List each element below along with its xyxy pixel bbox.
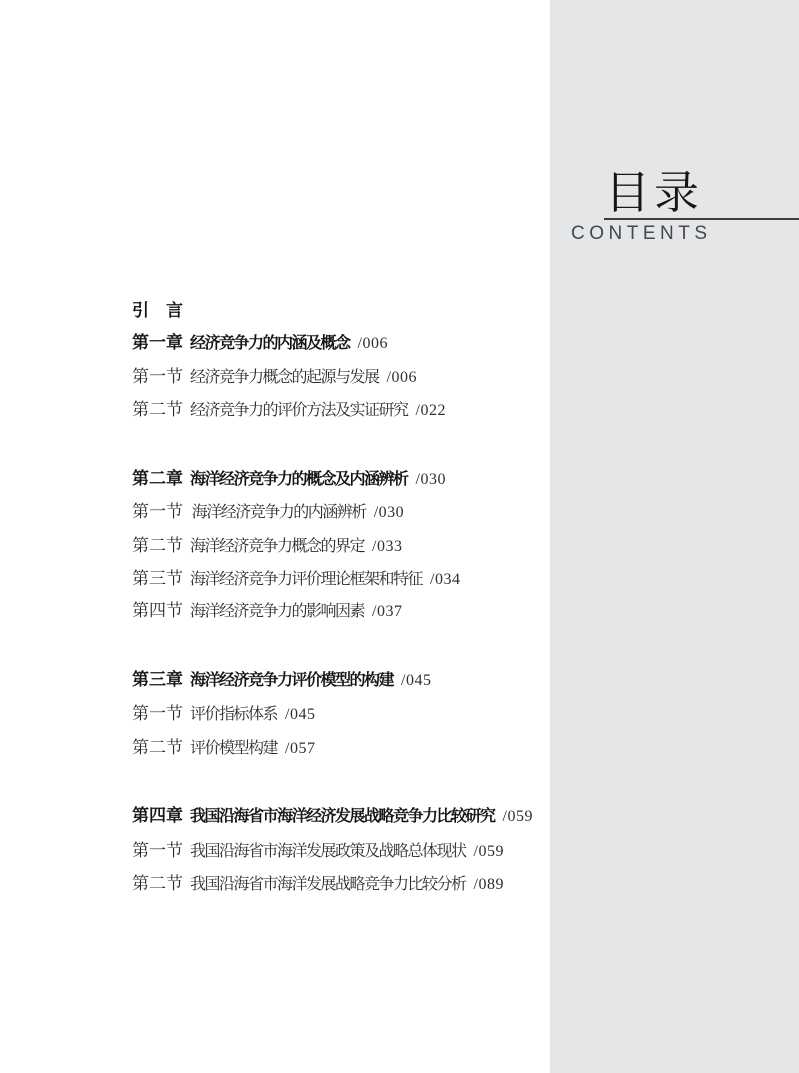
toc-entry-label: 第二节 (132, 739, 183, 758)
toc-entry-page: /045 (401, 672, 431, 690)
toc-entry-label: 第二节 (132, 401, 183, 420)
toc-entry: 第一节评价指标体系/045 (132, 705, 315, 724)
toc-entry-title: 我国沿海省市海洋发展政策及战略总体现状 (190, 843, 466, 861)
toc-entry: 第三节海洋经济竞争力评价理论框架和特征/034 (132, 570, 460, 589)
toc-entry-page: /006 (358, 335, 388, 353)
page-subtitle: CONTENTS (571, 224, 712, 245)
toc-entry: 引 言 (132, 302, 198, 321)
toc-entry-title: 海洋经济竞争力的概念及内涵辨析 (190, 471, 408, 489)
toc-entry-label: 第三节 (132, 570, 183, 589)
title-underline (604, 218, 799, 220)
toc-entry-page: /037 (372, 603, 402, 621)
toc-entry-title: 海洋经济竞争力的影响因素 (190, 603, 364, 621)
toc-entry: 第二节我国沿海省市海洋发展战略竞争力比较分析/089 (132, 875, 504, 894)
toc-entry-title: 海洋经济竞争力的内涵辨析 (190, 504, 366, 522)
toc-entry-label: 第二节 (132, 537, 183, 556)
toc-entry-page: /030 (416, 471, 446, 489)
toc-entry: 第一节 海洋经济竞争力的内涵辨析/030 (132, 503, 404, 522)
toc-entry-title: 海洋经济竞争力评价理论框架和特征 (190, 571, 422, 589)
toc-entry-title: 经济竞争力的评价方法及实证研究 (190, 402, 408, 420)
toc-entry-page: /033 (372, 538, 402, 556)
toc-entry-title: 评价模型构建 (190, 740, 277, 758)
toc-entry-title: 我国沿海省市海洋经济发展战略竞争力比较研究 (190, 808, 495, 826)
toc-entry: 第一章经济竞争力的内涵及概念/006 (132, 334, 388, 353)
toc-entry-title: 评价指标体系 (190, 706, 277, 724)
toc-page: 目录 CONTENTS 引 言 第一章经济竞争力的内涵及概念/006 第一节经济… (0, 0, 799, 1073)
toc-entry: 第三章海洋经济竞争力评价模型的构建/045 (132, 671, 431, 690)
toc-entry-title: 经济竞争力的内涵及概念 (190, 335, 350, 353)
toc-entry-page: /059 (474, 843, 504, 861)
toc-entry-page: /034 (430, 571, 460, 589)
toc-entry-label: 第四节 (132, 602, 183, 621)
toc-entry: 第四章我国沿海省市海洋经济发展战略竞争力比较研究/059 (132, 807, 533, 826)
toc-entry-page: /057 (285, 740, 315, 758)
page-title: 目录 (605, 171, 703, 216)
toc-entry-title: 海洋经济竞争力概念的界定 (190, 538, 364, 556)
toc-entry-label: 引 言 (132, 302, 183, 321)
toc-entry: 第二节经济竞争力的评价方法及实证研究/022 (132, 401, 446, 420)
toc-entry-label: 第二章 (132, 470, 183, 489)
toc-entry-label: 第一节 (132, 705, 183, 724)
toc-entry: 第四节海洋经济竞争力的影响因素/037 (132, 602, 402, 621)
toc-entry: 第二节评价模型构建/057 (132, 739, 315, 758)
toc-entry-page: /059 (503, 808, 533, 826)
toc-entry-label: 第一节 (132, 842, 183, 861)
toc-entry-page: /089 (474, 876, 504, 894)
toc-entry-label: 第四章 (132, 807, 183, 826)
toc-entry-label: 第一章 (132, 334, 183, 353)
toc-entry-label: 第一节 (132, 368, 183, 387)
toc-entry-label: 第一节 (132, 503, 183, 522)
right-gray-panel (550, 0, 799, 1073)
toc-entry-page: /030 (374, 504, 404, 522)
toc-entry-label: 第二节 (132, 875, 183, 894)
toc-entry: 第一节经济竞争力概念的起源与发展/006 (132, 368, 417, 387)
toc-entry-page: /006 (387, 369, 417, 387)
toc-entry-page: /045 (285, 706, 315, 724)
toc-entry-label: 第三章 (132, 671, 183, 690)
toc-entry: 第二节海洋经济竞争力概念的界定/033 (132, 537, 402, 556)
toc-entry: 第一节我国沿海省市海洋发展政策及战略总体现状/059 (132, 842, 504, 861)
toc-entry-title: 我国沿海省市海洋发展战略竞争力比较分析 (190, 876, 466, 894)
toc-entry-title: 经济竞争力概念的起源与发展 (190, 369, 379, 387)
toc-entry-page: /022 (416, 402, 446, 420)
toc-entry-title: 海洋经济竞争力评价模型的构建 (190, 672, 393, 690)
toc-entry: 第二章海洋经济竞争力的概念及内涵辨析/030 (132, 470, 446, 489)
